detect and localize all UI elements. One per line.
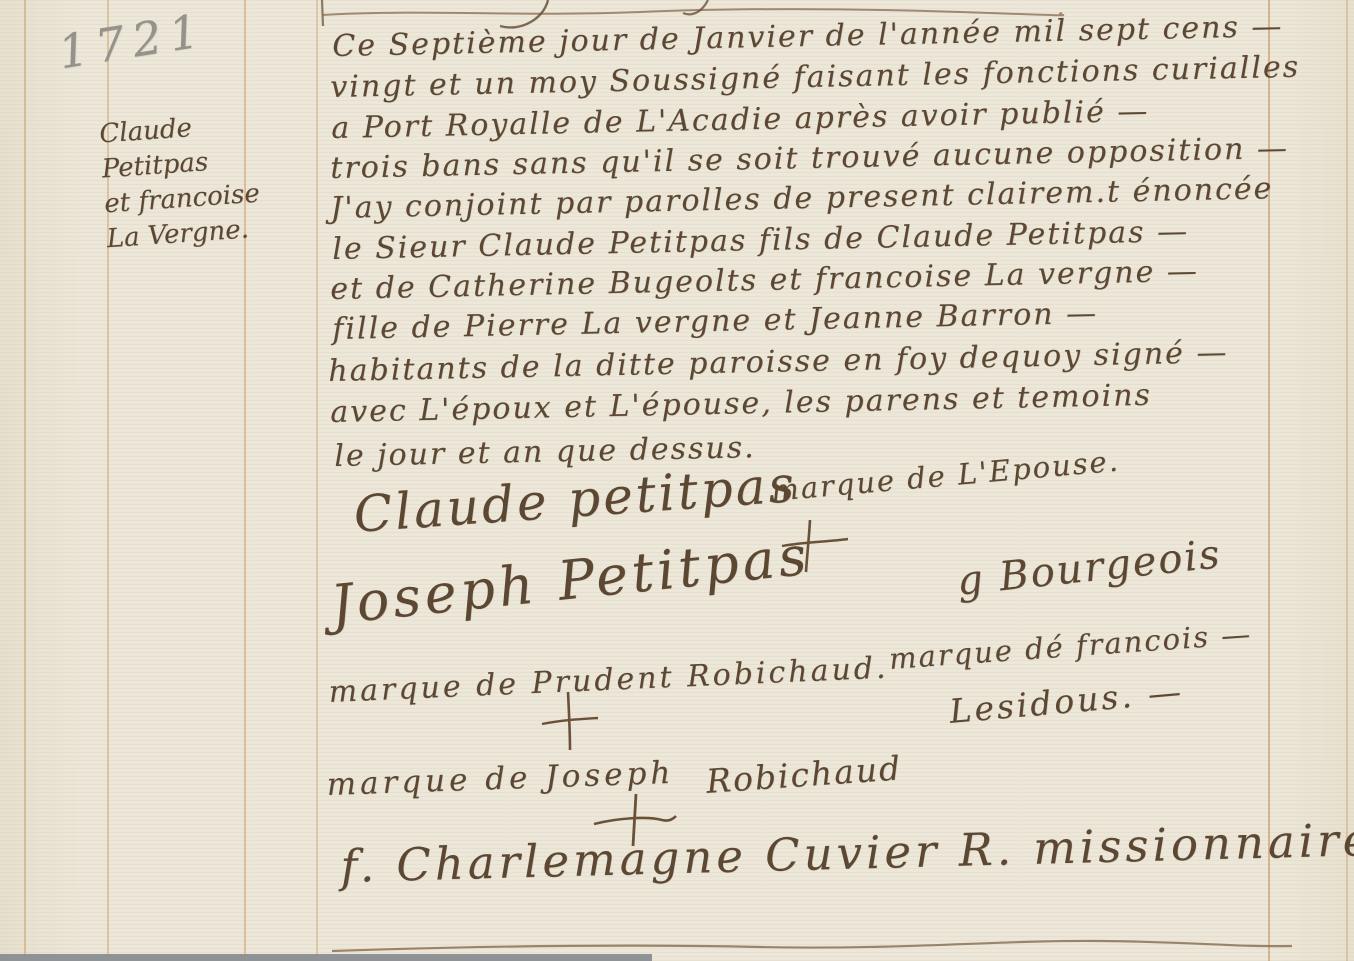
label-marque-francois-line1: marque dé francois — [888, 619, 1253, 676]
prudent-cross-mark-icon [540, 690, 602, 754]
signature-priest-charlemagne: f. Charlemagne Cuvier R. missionnaire. [340, 814, 1354, 891]
scan-edge-strip [0, 954, 652, 961]
ruled-line-vertical [316, 0, 318, 961]
ruled-line-vertical [24, 0, 26, 961]
signature-bourgeois: g Bourgeois [955, 532, 1224, 603]
manuscript-page: 1721 Claude Petitpas et francoise La Ver… [0, 0, 1354, 961]
label-marque-epouse: marque de L'Epouse. [770, 446, 1121, 508]
margin-note: Claude Petitpas et francoise La Vergne. [98, 107, 263, 258]
label-marque-prudent-robichaud: marque de Prudent Robichaud. [328, 652, 889, 709]
label-marque-francois-line2: Lesidous. — [948, 674, 1185, 731]
signature-joseph-petitpas: Joseph Petitpas [328, 526, 813, 635]
signature-robichaud: Robichaud [705, 750, 903, 800]
